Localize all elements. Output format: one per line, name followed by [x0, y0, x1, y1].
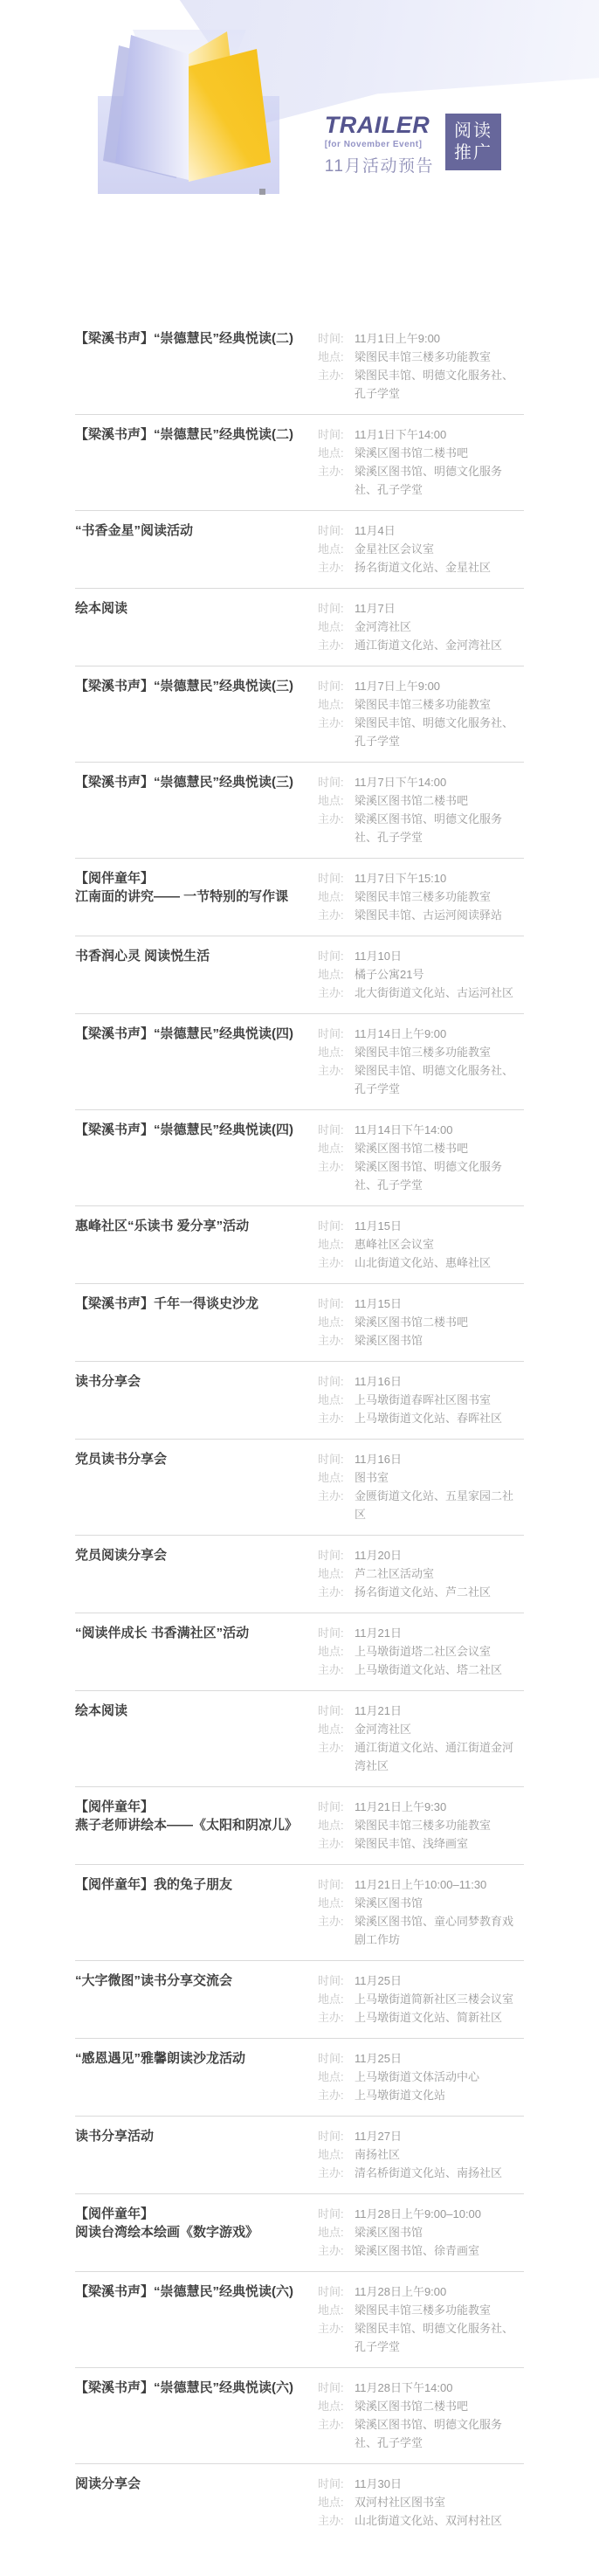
location-row: 地点:梁图民丰馆三楼多功能教室	[318, 1043, 524, 1061]
event-row: 【阅伴童年】 阅读台湾绘本绘画《数字游戏》时间:11月28日上午9:00–10:…	[75, 2194, 524, 2272]
location-row: 地点:梁图民丰馆三楼多功能教室	[318, 348, 524, 366]
event-title: 【阅伴童年】 燕子老师讲绘本——《太阳和阴凉儿》	[75, 1798, 318, 1853]
event-details: 时间:11月1日下午14:00地点:梁溪区图书馆二楼书吧主办:梁溪区图书馆、明德…	[318, 425, 524, 499]
event-row: 书香润心灵 阅读悦生活时间:11月10日地点:橘子公寓21号主办:北大街街道文化…	[75, 936, 524, 1014]
location-row: 地点:梁溪区图书馆二楼书吧	[318, 1313, 524, 1331]
location-row: 地点:图书室	[318, 1468, 524, 1487]
time-value: 11月20日	[355, 1546, 524, 1564]
event-title: 读书分享会	[75, 1372, 318, 1427]
location-label: 地点:	[318, 965, 355, 984]
organizer-row: 主办:山北街道文化站、惠峰社区	[318, 1253, 524, 1272]
location-label: 地点:	[318, 1816, 355, 1834]
organizer-row: 主办:梁溪区图书馆、徐青画室	[318, 2241, 524, 2260]
time-row: 时间:11月15日	[318, 1217, 524, 1235]
organizer-value: 梁溪区图书馆、明德文化服务社、孔子学堂	[355, 1157, 524, 1194]
time-label: 时间:	[318, 2282, 355, 2301]
event-row: 【梁溪书声】“崇德慧民”经典悦读(四)时间:11月14日上午9:00地点:梁图民…	[75, 1014, 524, 1110]
location-label: 地点:	[318, 791, 355, 810]
time-label: 时间:	[318, 869, 355, 887]
location-row: 地点:梁溪区图书馆二楼书吧	[318, 2397, 524, 2415]
event-row: 【梁溪书声】“崇德慧民”经典悦读(二)时间:11月1日下午14:00地点:梁溪区…	[75, 415, 524, 511]
time-row: 时间:11月1日下午14:00	[318, 425, 524, 444]
location-value: 金星社区会议室	[355, 540, 524, 558]
location-row: 地点:金河湾社区	[318, 618, 524, 636]
event-row: 党员阅读分享会时间:11月20日地点:芦二社区活动室主办:扬名街道文化站、芦二社…	[75, 1536, 524, 1613]
location-row: 地点:橘子公寓21号	[318, 965, 524, 984]
event-title: 【梁溪书声】千年一得谈史沙龙	[75, 1295, 318, 1350]
location-label: 地点:	[318, 1313, 355, 1331]
organizer-row: 主办:梁图民丰馆、浅绛画室	[318, 1834, 524, 1853]
location-row: 地点:梁溪区图书馆	[318, 2223, 524, 2241]
location-label: 地点:	[318, 1894, 355, 1912]
time-label: 时间:	[318, 2379, 355, 2397]
organizer-value: 梁溪区图书馆、明德文化服务社、孔子学堂	[355, 2415, 524, 2452]
time-value: 11月14日下午14:00	[355, 1121, 524, 1139]
location-row: 地点:惠峰社区会议室	[318, 1235, 524, 1253]
event-row: 【梁溪书声】“崇德慧民”经典悦读(六)时间:11月28日上午9:00地点:梁图民…	[75, 2272, 524, 2368]
location-value: 梁图民丰馆三楼多功能教室	[355, 887, 524, 906]
organizer-label: 主办:	[318, 1834, 355, 1853]
location-label: 地点:	[318, 2397, 355, 2415]
location-value: 梁溪区图书馆二楼书吧	[355, 791, 524, 810]
time-row: 时间:11月15日	[318, 1295, 524, 1313]
time-value: 11月1日上午9:00	[355, 329, 524, 348]
time-row: 时间:11月25日	[318, 2049, 524, 2068]
location-row: 地点:金河湾社区	[318, 1720, 524, 1738]
event-title: 绘本阅读	[75, 599, 318, 654]
event-title: “感恩遇见”雅馨朗读沙龙活动	[75, 2049, 318, 2104]
time-label: 时间:	[318, 1798, 355, 1816]
event-title: 惠峰社区“乐读书 爱分享”活动	[75, 1217, 318, 1272]
organizer-value: 清名桥街道文化站、南扬社区	[355, 2164, 524, 2182]
time-value: 11月14日上午9:00	[355, 1025, 524, 1043]
organizer-value: 梁溪区图书馆、童心同梦教育戏剧工作坊	[355, 1912, 524, 1949]
event-title: “阅读伴成长 书香满社区”活动	[75, 1624, 318, 1679]
time-value: 11月21日	[355, 1702, 524, 1720]
organizer-row: 主办:梁图民丰馆、明德文化服务社、孔子学堂	[318, 2319, 524, 2356]
location-row: 地点:芦二社区活动室	[318, 1564, 524, 1583]
event-details: 时间:11月20日地点:芦二社区活动室主办:扬名街道文化站、芦二社区	[318, 1546, 524, 1601]
organizer-value: 梁图民丰馆、明德文化服务社、孔子学堂	[355, 2319, 524, 2356]
organizer-row: 主办:上马墩街道文化站、塔二社区	[318, 1661, 524, 1679]
location-row: 地点:上马墩街道文体活动中心	[318, 2068, 524, 2086]
organizer-label: 主办:	[318, 1157, 355, 1194]
organizer-label: 主办:	[318, 1253, 355, 1272]
location-row: 地点:梁图民丰馆三楼多功能教室	[318, 1816, 524, 1834]
organizer-label: 主办:	[318, 636, 355, 654]
time-row: 时间:11月28日上午9:00	[318, 2282, 524, 2301]
event-row: 绘本阅读时间:11月7日地点:金河湾社区主办:通江街道文化站、金河湾社区	[75, 589, 524, 666]
reading-promotion-badge: 阅读 推广	[445, 114, 501, 170]
time-row: 时间:11月21日	[318, 1702, 524, 1720]
event-row: “阅读伴成长 书香满社区”活动时间:11月21日地点:上马墩街道塔二社区会议室主…	[75, 1613, 524, 1691]
location-label: 地点:	[318, 1720, 355, 1738]
event-row: 【梁溪书声】“崇德慧民”经典悦读(六)时间:11月28日下午14:00地点:梁溪…	[75, 2368, 524, 2464]
events-list: 【梁溪书声】“崇德慧民”经典悦读(二)时间:11月1日上午9:00地点:梁图民丰…	[75, 319, 524, 2541]
organizer-row: 主办:扬名街道文化站、金星社区	[318, 558, 524, 577]
page: TRAILER [for November Event] 11月活动预告 阅读 …	[0, 0, 599, 2541]
event-row: 【阅伴童年】 江南面的讲究—— 一节特别的写作课时间:11月7日下午15:10地…	[75, 859, 524, 936]
time-value: 11月30日	[355, 2475, 524, 2493]
organizer-label: 主办:	[318, 1738, 355, 1775]
event-row: 【梁溪书声】“崇德慧民”经典悦读(三)时间:11月7日下午14:00地点:梁溪区…	[75, 763, 524, 859]
location-value: 梁溪区图书馆二楼书吧	[355, 1139, 524, 1157]
event-title: 绘本阅读	[75, 1702, 318, 1775]
organizer-value: 梁图民丰馆、浅绛画室	[355, 1834, 524, 1853]
time-row: 时间:11月14日下午14:00	[318, 1121, 524, 1139]
organizer-label: 主办:	[318, 984, 355, 1002]
location-value: 惠峰社区会议室	[355, 1235, 524, 1253]
organizer-label: 主办:	[318, 810, 355, 846]
time-label: 时间:	[318, 1295, 355, 1313]
event-row: 读书分享活动时间:11月27日地点:南扬社区主办:清名桥街道文化站、南扬社区	[75, 2117, 524, 2194]
organizer-label: 主办:	[318, 558, 355, 577]
location-label: 地点:	[318, 887, 355, 906]
time-row: 时间:11月21日上午10:00–11:30	[318, 1875, 524, 1894]
time-value: 11月21日上午10:00–11:30	[355, 1875, 524, 1894]
organizer-value: 梁图民丰馆、明德文化服务社、孔子学堂	[355, 1061, 524, 1098]
event-row: “大字微图”读书分享交流会时间:11月25日地点:上马墩街道简新社区三楼会议室主…	[75, 1961, 524, 2039]
event-details: 时间:11月1日上午9:00地点:梁图民丰馆三楼多功能教室主办:梁图民丰馆、明德…	[318, 329, 524, 403]
brand-title: TRAILER	[325, 113, 434, 137]
event-row: 阅读分享会时间:11月30日地点:双河村社区图书室主办:山北街道文化站、双河村社…	[75, 2464, 524, 2541]
location-label: 地点:	[318, 444, 355, 462]
event-row: 【梁溪书声】千年一得谈史沙龙时间:11月15日地点:梁溪区图书馆二楼书吧主办:梁…	[75, 1284, 524, 1362]
organizer-row: 主办:扬名街道文化站、芦二社区	[318, 1583, 524, 1601]
event-title: 【梁溪书声】“崇德慧民”经典悦读(四)	[75, 1121, 318, 1194]
location-row: 地点:梁溪区图书馆二楼书吧	[318, 444, 524, 462]
location-label: 地点:	[318, 618, 355, 636]
event-title: 【梁溪书声】“崇德慧民”经典悦读(六)	[75, 2379, 318, 2452]
organizer-value: 梁图民丰馆、明德文化服务社、孔子学堂	[355, 714, 524, 750]
organizer-value: 上马墩街道文化站	[355, 2086, 524, 2104]
time-row: 时间:11月7日下午14:00	[318, 773, 524, 791]
organizer-label: 主办:	[318, 906, 355, 924]
time-value: 11月15日	[355, 1217, 524, 1235]
location-label: 地点:	[318, 1139, 355, 1157]
time-value: 11月7日上午9:00	[355, 677, 524, 695]
time-label: 时间:	[318, 2127, 355, 2145]
event-details: 时间:11月16日地点:上马墩街道春晖社区图书室主办:上马墩街道文化站、春晖社区	[318, 1372, 524, 1427]
time-value: 11月7日下午15:10	[355, 869, 524, 887]
location-value: 上马墩街道文体活动中心	[355, 2068, 524, 2086]
location-label: 地点:	[318, 2301, 355, 2319]
organizer-value: 上马墩街道文化站、简新社区	[355, 2008, 524, 2027]
event-title: “大字微图”读书分享交流会	[75, 1972, 318, 2027]
organizer-row: 主办:上马墩街道文化站、春晖社区	[318, 1409, 524, 1427]
location-row: 地点:上马墩街道春晖社区图书室	[318, 1391, 524, 1409]
event-row: 【阅伴童年】 燕子老师讲绘本——《太阳和阴凉儿》时间:11月21日上午9:30地…	[75, 1787, 524, 1865]
event-details: 时间:11月10日地点:橘子公寓21号主办:北大街街道文化站、古运河社区	[318, 947, 524, 1002]
time-value: 11月1日下午14:00	[355, 425, 524, 444]
time-label: 时间:	[318, 677, 355, 695]
location-value: 上马墩街道塔二社区会议室	[355, 1642, 524, 1661]
location-row: 地点:双河村社区图书室	[318, 2493, 524, 2511]
organizer-label: 主办:	[318, 714, 355, 750]
time-label: 时间:	[318, 425, 355, 444]
time-label: 时间:	[318, 329, 355, 348]
background-wash	[0, 0, 599, 229]
time-value: 11月27日	[355, 2127, 524, 2145]
organizer-label: 主办:	[318, 462, 355, 499]
time-label: 时间:	[318, 947, 355, 965]
time-row: 时间:11月28日上午9:00–10:00	[318, 2205, 524, 2223]
location-value: 梁图民丰馆三楼多功能教室	[355, 695, 524, 714]
event-details: 时间:11月30日地点:双河村社区图书室主办:山北街道文化站、双河村社区	[318, 2475, 524, 2530]
time-value: 11月28日上午9:00–10:00	[355, 2205, 524, 2223]
event-title: 【阅伴童年】 江南面的讲究—— 一节特别的写作课	[75, 869, 318, 924]
event-title: 【梁溪书声】“崇德慧民”经典悦读(四)	[75, 1025, 318, 1098]
time-label: 时间:	[318, 1875, 355, 1894]
time-label: 时间:	[318, 1972, 355, 1990]
organizer-value: 扬名街道文化站、金星社区	[355, 558, 524, 577]
organizer-value: 上马墩街道文化站、春晖社区	[355, 1409, 524, 1427]
location-value: 梁溪区图书馆二楼书吧	[355, 444, 524, 462]
location-label: 地点:	[318, 540, 355, 558]
organizer-label: 主办:	[318, 2241, 355, 2260]
time-value: 11月10日	[355, 947, 524, 965]
event-row: 读书分享会时间:11月16日地点:上马墩街道春晖社区图书室主办:上马墩街道文化站…	[75, 1362, 524, 1440]
time-row: 时间:11月28日下午14:00	[318, 2379, 524, 2397]
event-details: 时间:11月14日上午9:00地点:梁图民丰馆三楼多功能教室主办:梁图民丰馆、明…	[318, 1025, 524, 1098]
location-value: 梁图民丰馆三楼多功能教室	[355, 348, 524, 366]
time-value: 11月21日	[355, 1624, 524, 1642]
page-title: 11月活动预告	[325, 153, 434, 176]
location-row: 地点:上马墩街道塔二社区会议室	[318, 1642, 524, 1661]
time-value: 11月4日	[355, 521, 524, 540]
organizer-value: 通江街道文化站、金河湾社区	[355, 636, 524, 654]
event-details: 时间:11月7日上午9:00地点:梁图民丰馆三楼多功能教室主办:梁图民丰馆、明德…	[318, 677, 524, 750]
organizer-value: 扬名街道文化站、芦二社区	[355, 1583, 524, 1601]
location-value: 金河湾社区	[355, 618, 524, 636]
time-label: 时间:	[318, 599, 355, 618]
organizer-label: 主办:	[318, 366, 355, 403]
event-details: 时间:11月14日下午14:00地点:梁溪区图书馆二楼书吧主办:梁溪区图书馆、明…	[318, 1121, 524, 1194]
time-row: 时间:11月7日	[318, 599, 524, 618]
event-details: 时间:11月7日下午14:00地点:梁溪区图书馆二楼书吧主办:梁溪区图书馆、明德…	[318, 773, 524, 846]
time-label: 时间:	[318, 1624, 355, 1642]
event-details: 时间:11月21日上午9:30地点:梁图民丰馆三楼多功能教室主办:梁图民丰馆、浅…	[318, 1798, 524, 1853]
event-row: 【梁溪书声】“崇德慧民”经典悦读(四)时间:11月14日下午14:00地点:梁溪…	[75, 1110, 524, 1206]
location-label: 地点:	[318, 2068, 355, 2086]
event-details: 时间:11月21日地点:上马墩街道塔二社区会议室主办:上马墩街道文化站、塔二社区	[318, 1624, 524, 1679]
organizer-row: 主办:上马墩街道文化站、简新社区	[318, 2008, 524, 2027]
brand-block: TRAILER [for November Event] 11月活动预告	[325, 113, 434, 176]
organizer-value: 山北街道文化站、惠峰社区	[355, 1253, 524, 1272]
time-label: 时间:	[318, 2475, 355, 2493]
location-value: 梁图民丰馆三楼多功能教室	[355, 2301, 524, 2319]
organizer-label: 主办:	[318, 1409, 355, 1427]
organizer-row: 主办:梁溪区图书馆、明德文化服务社、孔子学堂	[318, 462, 524, 499]
organizer-value: 梁图民丰馆、明德文化服务社、孔子学堂	[355, 366, 524, 403]
time-value: 11月21日上午9:30	[355, 1798, 524, 1816]
event-details: 时间:11月27日地点:南扬社区主办:清名桥街道文化站、南扬社区	[318, 2127, 524, 2182]
organizer-row: 主办:北大街街道文化站、古运河社区	[318, 984, 524, 1002]
time-label: 时间:	[318, 2049, 355, 2068]
location-row: 地点:南扬社区	[318, 2145, 524, 2164]
organizer-label: 主办:	[318, 2164, 355, 2182]
time-value: 11月25日	[355, 2049, 524, 2068]
organizer-value: 山北街道文化站、双河村社区	[355, 2511, 524, 2530]
event-details: 时间:11月25日地点:上马墩街道简新社区三楼会议室主办:上马墩街道文化站、简新…	[318, 1972, 524, 2027]
organizer-row: 主办:通江街道文化站、通江街道金河湾社区	[318, 1738, 524, 1775]
location-value: 金河湾社区	[355, 1720, 524, 1738]
location-row: 地点:梁图民丰馆三楼多功能教室	[318, 2301, 524, 2319]
organizer-value: 梁溪区图书馆、徐青画室	[355, 2241, 524, 2260]
location-row: 地点:梁溪区图书馆二楼书吧	[318, 1139, 524, 1157]
time-value: 11月28日下午14:00	[355, 2379, 524, 2397]
event-details: 时间:11月7日下午15:10地点:梁图民丰馆三楼多功能教室主办:梁图民丰馆、古…	[318, 869, 524, 924]
open-book-illustration	[96, 30, 281, 197]
location-value: 梁溪区图书馆二楼书吧	[355, 1313, 524, 1331]
time-label: 时间:	[318, 1025, 355, 1043]
location-row: 地点:梁图民丰馆三楼多功能教室	[318, 887, 524, 906]
organizer-value: 通江街道文化站、通江街道金河湾社区	[355, 1738, 524, 1775]
location-value: 梁图民丰馆三楼多功能教室	[355, 1816, 524, 1834]
location-label: 地点:	[318, 1235, 355, 1253]
time-row: 时间:11月7日上午9:00	[318, 677, 524, 695]
organizer-value: 梁溪区图书馆	[355, 1331, 524, 1350]
location-label: 地点:	[318, 1990, 355, 2008]
event-details: 时间:11月4日地点:金星社区会议室主办:扬名街道文化站、金星社区	[318, 521, 524, 577]
organizer-value: 梁溪区图书馆、明德文化服务社、孔子学堂	[355, 462, 524, 499]
event-details: 时间:11月25日地点:上马墩街道文体活动中心主办:上马墩街道文化站	[318, 2049, 524, 2104]
organizer-row: 主办:梁图民丰馆、明德文化服务社、孔子学堂	[318, 1061, 524, 1098]
organizer-value: 北大街街道文化站、古运河社区	[355, 984, 524, 1002]
location-row: 地点:梁溪区图书馆	[318, 1894, 524, 1912]
event-details: 时间:11月28日下午14:00地点:梁溪区图书馆二楼书吧主办:梁溪区图书馆、明…	[318, 2379, 524, 2452]
organizer-label: 主办:	[318, 2415, 355, 2452]
time-row: 时间:11月21日	[318, 1624, 524, 1642]
time-label: 时间:	[318, 2205, 355, 2223]
location-label: 地点:	[318, 2145, 355, 2164]
badge-line-2: 推广	[454, 142, 492, 164]
organizer-value: 梁图民丰馆、古运河阅读驿站	[355, 906, 524, 924]
time-row: 时间:11月16日	[318, 1372, 524, 1391]
event-row: 【梁溪书声】“崇德慧民”经典悦读(三)时间:11月7日上午9:00地点:梁图民丰…	[75, 666, 524, 763]
event-details: 时间:11月15日地点:梁溪区图书馆二楼书吧主办:梁溪区图书馆	[318, 1295, 524, 1350]
time-value: 11月28日上午9:00	[355, 2282, 524, 2301]
organizer-label: 主办:	[318, 1583, 355, 1601]
event-details: 时间:11月15日地点:惠峰社区会议室主办:山北街道文化站、惠峰社区	[318, 1217, 524, 1272]
organizer-row: 主办:上马墩街道文化站	[318, 2086, 524, 2104]
organizer-label: 主办:	[318, 1487, 355, 1523]
location-row: 地点:梁溪区图书馆二楼书吧	[318, 791, 524, 810]
time-label: 时间:	[318, 1372, 355, 1391]
time-value: 11月16日	[355, 1372, 524, 1391]
location-value: 橘子公寓21号	[355, 965, 524, 984]
organizer-row: 主办:山北街道文化站、双河村社区	[318, 2511, 524, 2530]
location-row: 地点:上马墩街道简新社区三楼会议室	[318, 1990, 524, 2008]
header: TRAILER [for November Event] 11月活动预告 阅读 …	[0, 0, 599, 262]
organizer-label: 主办:	[318, 1661, 355, 1679]
time-row: 时间:11月27日	[318, 2127, 524, 2145]
event-title: 【梁溪书声】“崇德慧民”经典悦读(三)	[75, 677, 318, 750]
event-details: 时间:11月28日上午9:00地点:梁图民丰馆三楼多功能教室主办:梁图民丰馆、明…	[318, 2282, 524, 2356]
organizer-row: 主办:通江街道文化站、金河湾社区	[318, 636, 524, 654]
time-row: 时间:11月1日上午9:00	[318, 329, 524, 348]
event-details: 时间:11月21日上午10:00–11:30地点:梁溪区图书馆主办:梁溪区图书馆…	[318, 1875, 524, 1949]
time-row: 时间:11月21日上午9:30	[318, 1798, 524, 1816]
location-label: 地点:	[318, 695, 355, 714]
location-label: 地点:	[318, 2493, 355, 2511]
event-row: 绘本阅读时间:11月21日地点:金河湾社区主办:通江街道文化站、通江街道金河湾社…	[75, 1691, 524, 1787]
event-details: 时间:11月28日上午9:00–10:00地点:梁溪区图书馆主办:梁溪区图书馆、…	[318, 2205, 524, 2260]
time-value: 11月7日	[355, 599, 524, 618]
organizer-row: 主办:梁溪区图书馆、明德文化服务社、孔子学堂	[318, 810, 524, 846]
organizer-label: 主办:	[318, 1061, 355, 1098]
event-title: 党员阅读分享会	[75, 1546, 318, 1601]
location-value: 梁溪区图书馆	[355, 2223, 524, 2241]
location-value: 上马墩街道简新社区三楼会议室	[355, 1990, 524, 2008]
time-row: 时间:11月10日	[318, 947, 524, 965]
location-label: 地点:	[318, 1043, 355, 1061]
event-row: “书香金星”阅读活动时间:11月4日地点:金星社区会议室主办:扬名街道文化站、金…	[75, 511, 524, 589]
time-label: 时间:	[318, 773, 355, 791]
organizer-row: 主办:梁图民丰馆、明德文化服务社、孔子学堂	[318, 366, 524, 403]
time-label: 时间:	[318, 1546, 355, 1564]
time-label: 时间:	[318, 1450, 355, 1468]
location-row: 地点:梁图民丰馆三楼多功能教室	[318, 695, 524, 714]
organizer-row: 主办:梁溪区图书馆	[318, 1331, 524, 1350]
brand-subtitle: [for November Event]	[325, 140, 434, 149]
organizer-value: 金匮街道文化站、五星家园二社区	[355, 1487, 524, 1523]
location-row: 地点:金星社区会议室	[318, 540, 524, 558]
location-label: 地点:	[318, 1468, 355, 1487]
time-label: 时间:	[318, 1217, 355, 1235]
time-row: 时间:11月30日	[318, 2475, 524, 2493]
organizer-label: 主办:	[318, 2319, 355, 2356]
event-row: 党员读书分享会时间:11月16日地点:图书室主办:金匮街道文化站、五星家园二社区	[75, 1440, 524, 1536]
event-details: 时间:11月16日地点:图书室主办:金匮街道文化站、五星家园二社区	[318, 1450, 524, 1523]
location-label: 地点:	[318, 1564, 355, 1583]
event-details: 时间:11月7日地点:金河湾社区主办:通江街道文化站、金河湾社区	[318, 599, 524, 654]
organizer-label: 主办:	[318, 2086, 355, 2104]
event-title: 【阅伴童年】 阅读台湾绘本绘画《数字游戏》	[75, 2205, 318, 2260]
location-label: 地点:	[318, 1391, 355, 1409]
location-label: 地点:	[318, 348, 355, 366]
location-value: 梁图民丰馆三楼多功能教室	[355, 1043, 524, 1061]
event-title: 【梁溪书声】“崇德慧民”经典悦读(三)	[75, 773, 318, 846]
location-value: 梁溪区图书馆二楼书吧	[355, 2397, 524, 2415]
location-value: 梁溪区图书馆	[355, 1894, 524, 1912]
event-title: “书香金星”阅读活动	[75, 521, 318, 577]
badge-line-1: 阅读	[454, 121, 492, 142]
organizer-row: 主办:梁图民丰馆、明德文化服务社、孔子学堂	[318, 714, 524, 750]
organizer-row: 主办:梁图民丰馆、古运河阅读驿站	[318, 906, 524, 924]
organizer-row: 主办:清名桥街道文化站、南扬社区	[318, 2164, 524, 2182]
event-title: 【阅伴童年】我的兔子朋友	[75, 1875, 318, 1949]
organizer-row: 主办:金匮街道文化站、五星家园二社区	[318, 1487, 524, 1523]
time-row: 时间:11月14日上午9:00	[318, 1025, 524, 1043]
event-row: 【梁溪书声】“崇德慧民”经典悦读(二)时间:11月1日上午9:00地点:梁图民丰…	[75, 319, 524, 415]
time-row: 时间:11月7日下午15:10	[318, 869, 524, 887]
organizer-row: 主办:梁溪区图书馆、童心同梦教育戏剧工作坊	[318, 1912, 524, 1949]
time-row: 时间:11月4日	[318, 521, 524, 540]
time-row: 时间:11月25日	[318, 1972, 524, 1990]
organizer-value: 上马墩街道文化站、塔二社区	[355, 1661, 524, 1679]
location-value: 芦二社区活动室	[355, 1564, 524, 1583]
event-row: 【阅伴童年】我的兔子朋友时间:11月21日上午10:00–11:30地点:梁溪区…	[75, 1865, 524, 1961]
event-title: 【梁溪书声】“崇德慧民”经典悦读(二)	[75, 425, 318, 499]
time-value: 11月25日	[355, 1972, 524, 1990]
time-label: 时间:	[318, 1702, 355, 1720]
location-value: 南扬社区	[355, 2145, 524, 2164]
event-details: 时间:11月21日地点:金河湾社区主办:通江街道文化站、通江街道金河湾社区	[318, 1702, 524, 1775]
event-row: 惠峰社区“乐读书 爱分享”活动时间:11月15日地点:惠峰社区会议室主办:山北街…	[75, 1206, 524, 1284]
location-label: 地点:	[318, 1642, 355, 1661]
time-label: 时间:	[318, 521, 355, 540]
